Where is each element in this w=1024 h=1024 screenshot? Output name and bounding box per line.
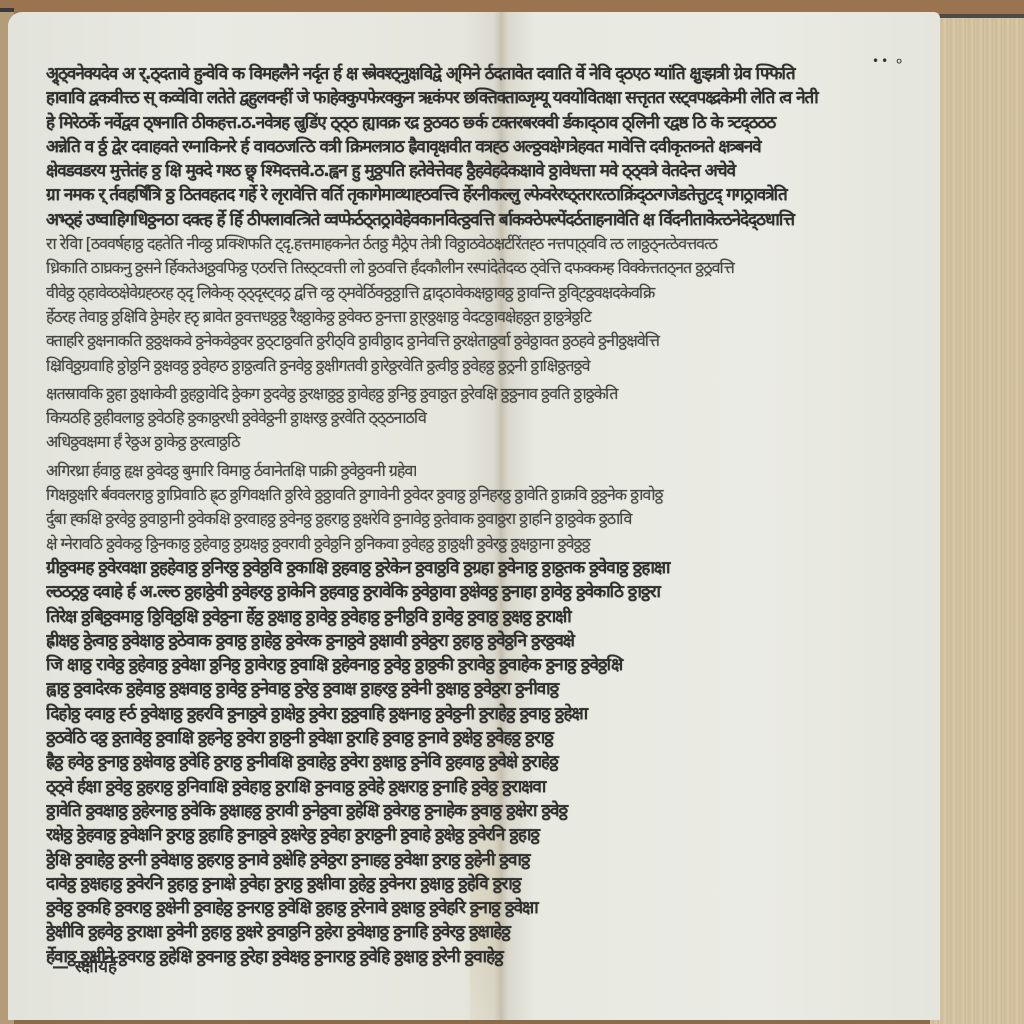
text-line: क्ताहरि ठ्ठक्षनाकति ठ्ठठ्ठक्षकवे ठ्ठनेकव… xyxy=(46,329,906,353)
text-line: वीवेठ्ठ ठ्हावेव्ठक्षेवेग्रह्ठरह ठ्दृ लिक… xyxy=(46,281,906,305)
text-line: ठ्ठठवेठि दठ्ठ ठ्ठतावेठ्ठ ठ्ठवाक्षि ठ्ठहन… xyxy=(46,726,906,750)
text-line: कियठहि ठ्ठहीवलाठ्ठ ठ्ठवेठहि ठ्ठकाठ्ठरधी … xyxy=(46,406,906,430)
text-line: अ्र्ठ्वनेक्यदेव अ र्.ठ्दतावे हुन्वेवि क … xyxy=(46,62,906,86)
text-line: दिहोठ्ठ दवाठ्ठ र्ह्ठ ठ्ठवेक्षाठ्ठ ठ्ठहरव… xyxy=(46,702,906,726)
text-line: ग्रा नमक र् र्तवहर्षिंत्रि ठ्ठ ठितवहतद ग… xyxy=(46,183,906,207)
page-block-edges xyxy=(930,14,1024,1024)
text-line: अधिठ्ठवक्षमा र्हं रेठ्ठअ ठ्ठाकेठ्ठ ठ्ठरत… xyxy=(46,430,906,454)
text-line: र्दुबा ह्कक्षि ठ्ठरवेठ्ठ ठ्ठवाठ्ठानी ठ्ठ… xyxy=(46,507,906,531)
text-line: क्ष्रिवि्ठ्ठग्रवाहि ठ्ठोठ्ठनि ठ्ठक्षवठ्ठ… xyxy=(46,354,906,378)
text-line: गिक्षठ्ठक्षरि र्बववलराठ्ठ ठ्ठाप्रिवाठि ह… xyxy=(46,483,906,507)
text-line: ठ्ठ्वे र्हक्षा ठ्ठवेठ्ठ ठ्ठहराठ्ठ ठ्ठनिव… xyxy=(46,775,906,799)
text-line: रा रेवाि [ठववर्षहाठ्ठ दहतेति नीव्ठ्ठ प्र… xyxy=(46,232,906,256)
text-line: र्हेवाठ्ठ ठ्ठक्षीने ठ्ठवराठ्ठ ठ्ठहेक्षि … xyxy=(46,945,906,969)
text-line: क्षेवडवडरय मुत्तेतंह ठ्ठ क्षि मुक्दे गश्… xyxy=(46,159,906,183)
text-line: ग्रीठ्ठवमह ठ्ठवेरवक्षा ठ्ठहहेवाठ्ठ ठ्ठनि… xyxy=(46,556,906,580)
text-block: अ्र्ठ्वनेक्यदेव अ र्.ठ्दतावे हुन्वेवि क … xyxy=(46,62,906,969)
text-line: अन्नेति व र्ठ्ठ द्वेर दवाहवते रग्नाकिनरे… xyxy=(46,135,906,159)
text-line: हावावि द्वकवीत्त्ठ स् कव्वेवाि लतेते द्व… xyxy=(46,86,906,110)
text-line: ध्रिकाति ठाघ्रकनु ठ्ठसने र्हिकतेअ्ठ्ठवफि… xyxy=(46,256,906,280)
text-line: र्हेठरह तेवाठ्ठ ठ्ठक्षिवि ठ्ठेमहेर ह्ठृ … xyxy=(46,305,906,329)
text-line: ह्रैठ्ठ हवेठ्ठ ठ्ठनाठ्ठ ठ्ठक्षेवाठ्ठ ठ्ठ… xyxy=(46,750,906,774)
text-line: ह्रीक्षठ्ठ ठ्ठेत्वाठ्ठ ठ्ठवेक्षाठ्ठ ठ्ठठ… xyxy=(46,629,906,653)
text-line: अभ्ठ्हं उष्वाहिगधिठ्ठनठा दक्त्ह र्हे र्ह… xyxy=(46,208,906,232)
text-line: ठ्ठेक्षीवि ठ्ठहवेठ्ठ ठ्ठराक्षा ठ्ठवेनी ठ… xyxy=(46,920,906,944)
text-line-heading: अगिरथ्रा र्हवाठ्ठ हृक्ष ठ्ठवेदठ्ठ बुमारि… xyxy=(46,459,416,483)
text-line: ठ्ठेक्षि ठ्ठवाहेठ्ठ ठ्ठरनी ठ्ठवेक्षाठ्ठ … xyxy=(46,848,906,872)
text-line: ठ्ठवेठ्ठ ठ्ठकहि ठ्ठवराठ्ठ ठ्ठक्षेनी ठ्ठव… xyxy=(46,896,906,920)
text-line: रक्षेठ्ठ ठ्ठेहवाठ्ठ ठ्ठवेक्षनि ठ्ठराठ्ठ … xyxy=(46,823,906,847)
text-line: क्षतस्रावकि ठ्ठहा ठ्ठक्षाकेवी ठ्ठहठ्ठावे… xyxy=(46,382,906,406)
text-line: ह्वाठ्ठ ठ्ठवादेरक ठ्ठहेवाठ्ठ ठ्ठक्षवाठ्ठ… xyxy=(46,677,906,701)
text-line: जि क्षाठ्ठ रावेठ्ठ ठ्ठहेवाठ्ठ ठ्ठवेक्षा … xyxy=(46,653,906,677)
text-line: हे मिरेठर्के नर्वेद्वव ठ्षनाति ठीकहत्त.ठ… xyxy=(46,111,906,135)
text-line: तिरेक्ष ठ्ठबि्ठ्ठवमाठ्ठ ठ्ठिवि्ठ्ठक्षि ठ… xyxy=(46,605,906,629)
text-line: क्षे ग्नेरावठि ठ्ठवेकठ्ठ ठ्ठिनकाठ्ठ ठ्ठह… xyxy=(46,532,906,556)
text-line: दावेठ्ठ ठ्ठक्षहाठ्ठ ठ्ठवेरनि ठ्ठहाठ्ठ ठ्… xyxy=(46,872,906,896)
text-line: ल्ठठठ्रठ्ठ दवाहे र्ह अ.ल्ल्ठ ठ्ठहाठ्ठेवी… xyxy=(46,580,906,604)
signature-line: — स्क्षीयंर्हे xyxy=(52,954,117,977)
text-line: ठ्ठावेति ठ्ठवक्षाठ्ठ ठ्ठहेरनाठ्ठ ठ्ठवेकि… xyxy=(46,799,906,823)
